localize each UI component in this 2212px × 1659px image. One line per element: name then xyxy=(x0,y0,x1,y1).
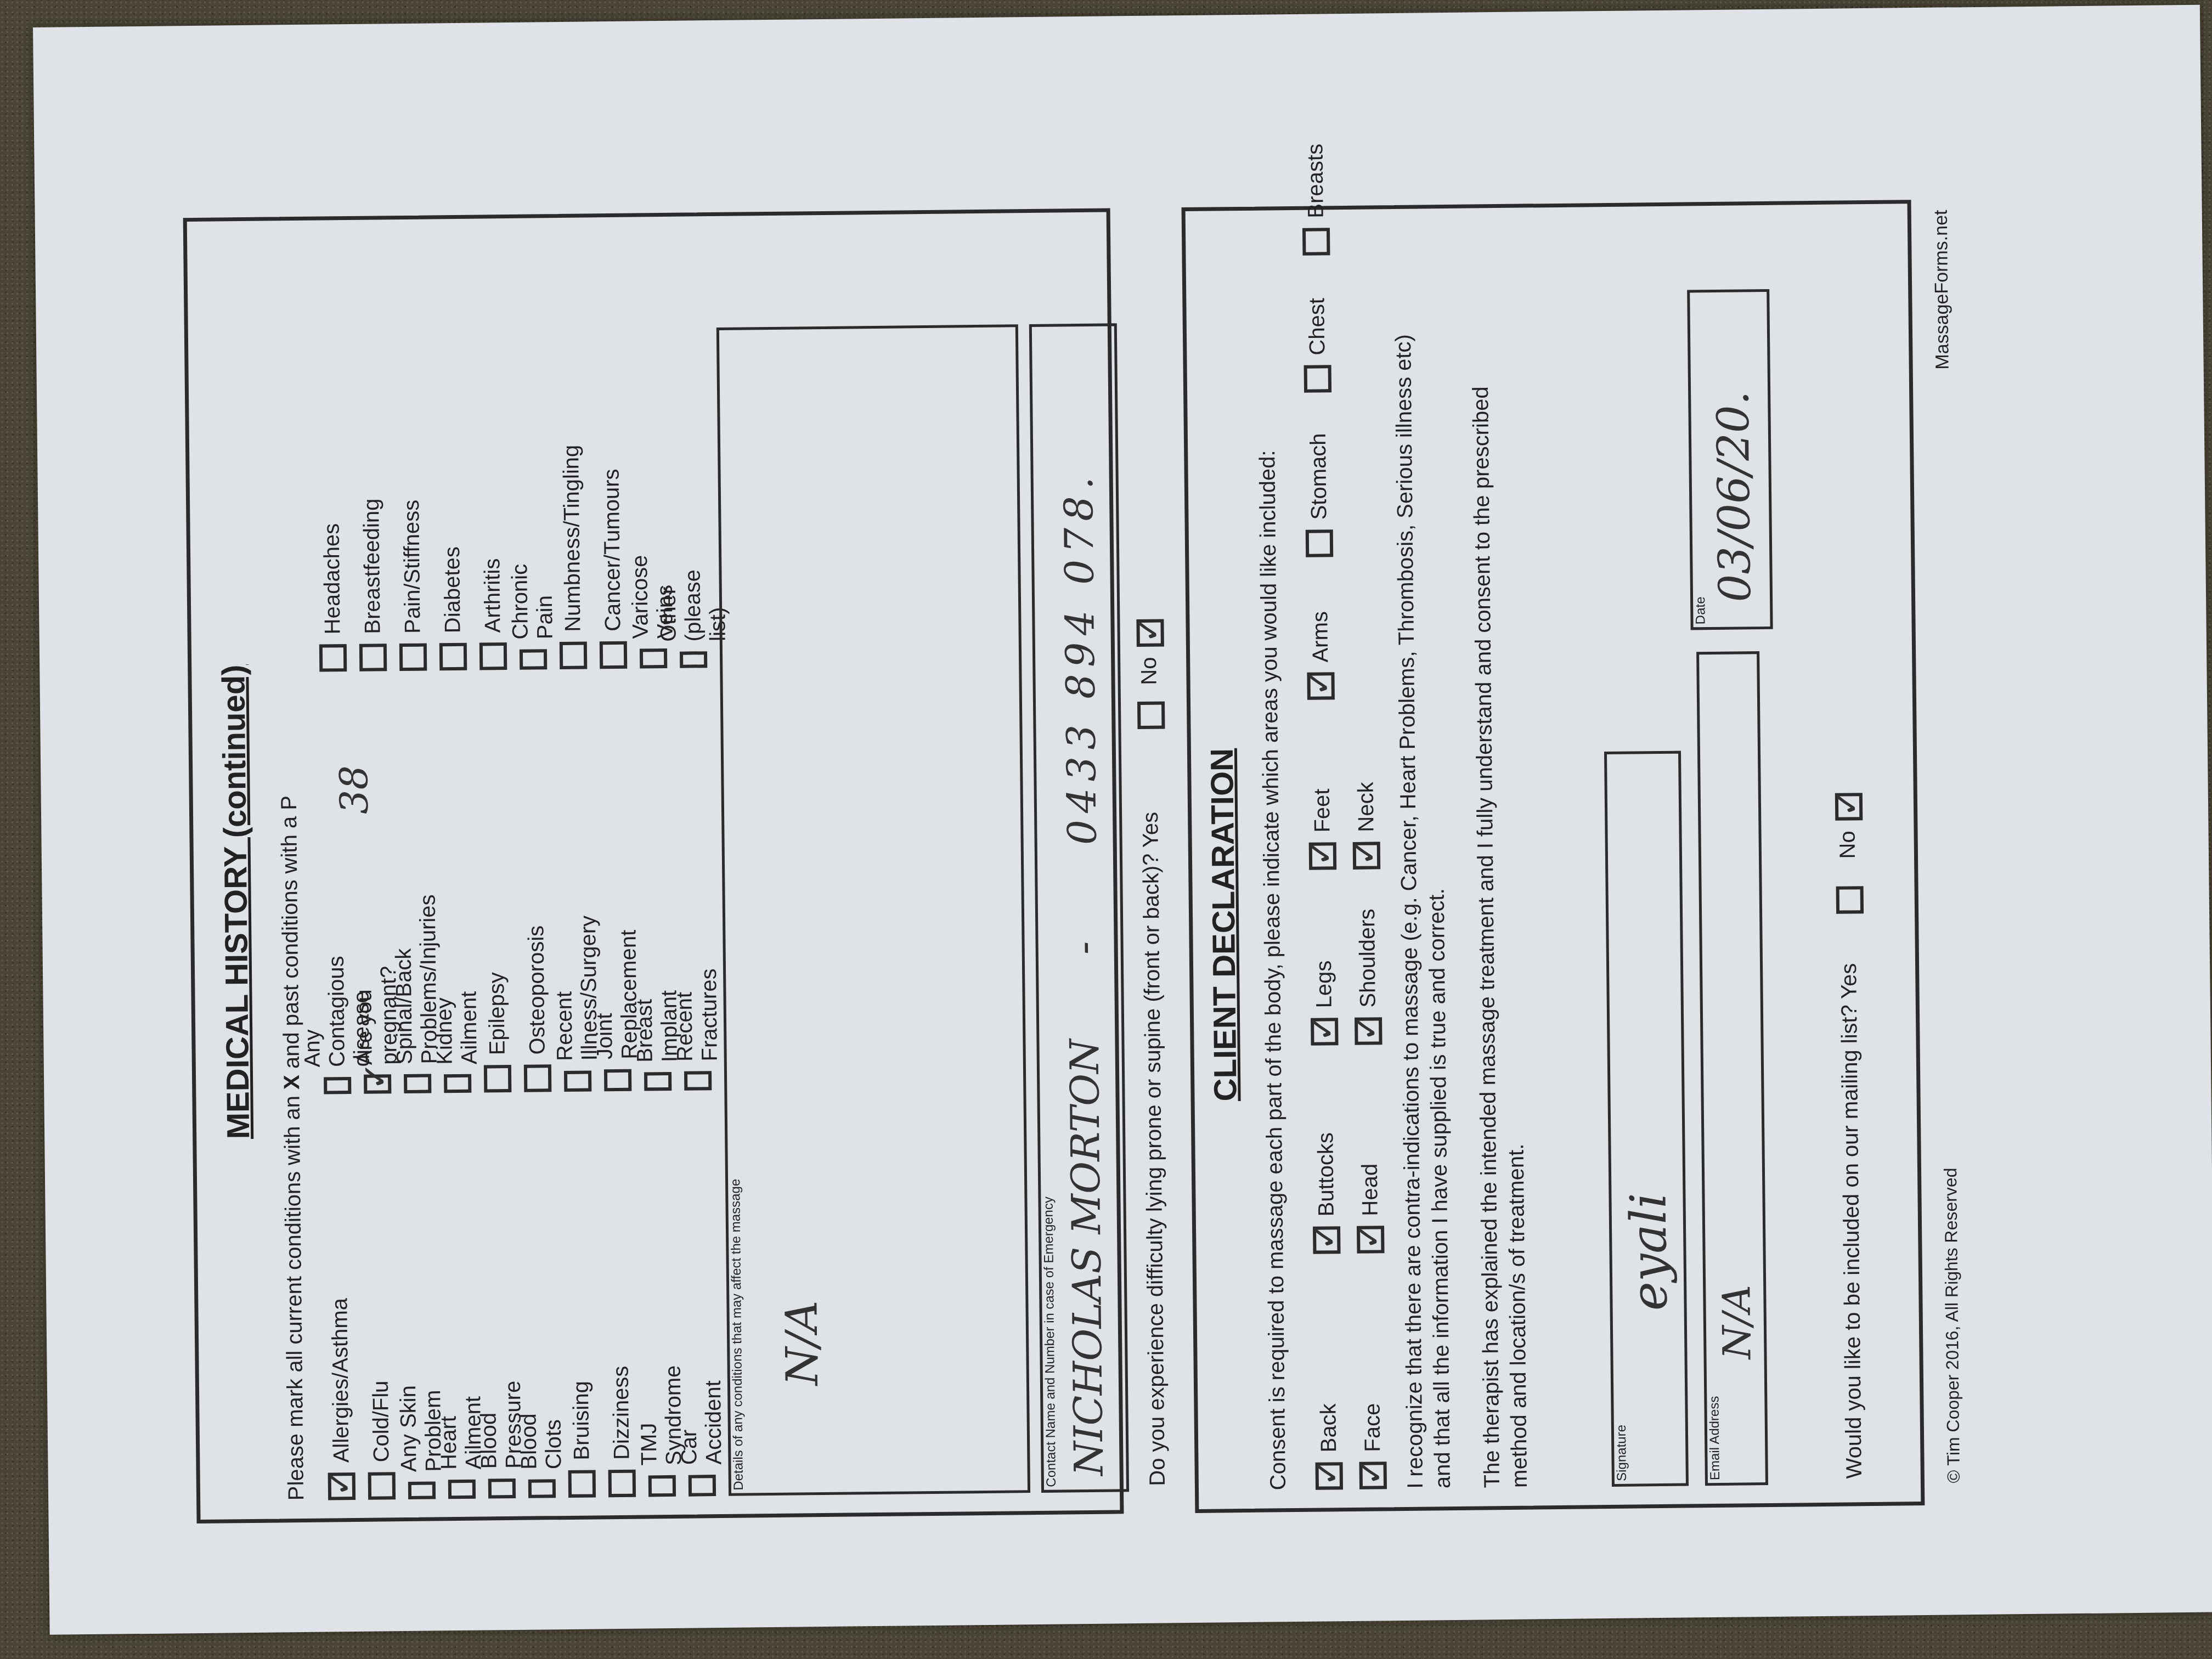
condition-label: Numbness/Tingling xyxy=(559,445,586,632)
body-area-label: Head xyxy=(1357,1164,1383,1216)
body-area-label: Neck xyxy=(1353,782,1379,832)
condition-checkbox[interactable] xyxy=(368,1472,396,1500)
condition-item[interactable]: TMJ Syndrome xyxy=(641,1359,681,1497)
body-area-checkbox[interactable] xyxy=(1307,672,1335,700)
body-area-checkbox[interactable] xyxy=(1359,1462,1387,1489)
signature-value: eyali xyxy=(1620,1192,1678,1311)
condition-checkbox[interactable] xyxy=(604,1069,631,1092)
condition-item[interactable]: Pain/Stiffness xyxy=(392,500,432,672)
body-area-label: Shoulders xyxy=(1355,909,1380,1008)
email-field[interactable] xyxy=(1696,651,1768,1486)
condition-item[interactable]: Recent Illness/Surgery xyxy=(557,909,597,1092)
body-area-label: Face xyxy=(1360,1403,1385,1452)
condition-label: Car Accident xyxy=(676,1374,727,1465)
medical-history-title: MEDICAL HISTORY (continued) xyxy=(215,664,257,1139)
prone-no-label: No xyxy=(1137,657,1162,685)
condition-label: Arthritis xyxy=(480,558,505,633)
condition-item[interactable]: Recent Fractures xyxy=(678,960,717,1091)
body-area-label: Legs xyxy=(1311,960,1336,1008)
condition-item[interactable]: Cold/Flu xyxy=(362,1380,401,1500)
condition-checkbox[interactable] xyxy=(359,644,387,672)
body-area-checkbox[interactable] xyxy=(1353,842,1381,870)
condition-label: Cold/Flu xyxy=(368,1380,394,1462)
body-area-item[interactable]: Stomach xyxy=(1299,433,1339,557)
body-area-checkbox[interactable] xyxy=(1304,365,1332,393)
mailing-no-checkbox[interactable] xyxy=(1835,793,1863,821)
paper-form: MEDICAL HISTORY (continued) Please mark … xyxy=(33,5,2212,1635)
site-name: MassageForms.net xyxy=(1931,210,1954,369)
condition-label: Bruising xyxy=(568,1381,594,1460)
body-area-checkbox[interactable] xyxy=(1309,842,1337,870)
condition-item[interactable]: Spinal/Back Problems/Injuries xyxy=(396,886,437,1093)
condition-checkbox[interactable] xyxy=(448,1479,476,1499)
body-area-checkbox[interactable] xyxy=(1316,1462,1344,1490)
details-label: Details of any conditions that may affec… xyxy=(728,1179,747,1491)
emergency-contact-number: 0433 894 078. xyxy=(1056,470,1105,845)
body-area-checkbox[interactable] xyxy=(1311,1018,1339,1046)
condition-checkbox[interactable] xyxy=(324,1077,351,1094)
signature-field[interactable] xyxy=(1604,751,1689,1487)
prone-yes-checkbox[interactable] xyxy=(1137,701,1165,729)
body-area-item[interactable]: Legs xyxy=(1305,960,1344,1045)
condition-checkbox[interactable] xyxy=(439,643,467,671)
mailing-no-label: No xyxy=(1836,831,1861,859)
condition-checkbox[interactable] xyxy=(488,1479,516,1499)
condition-checkbox[interactable] xyxy=(648,1475,676,1497)
condition-item[interactable]: Dizziness xyxy=(602,1365,642,1497)
body-area-label: Chest xyxy=(1305,298,1330,356)
body-area-item[interactable]: Arms xyxy=(1301,611,1340,700)
pregnancy-weeks-note: 38 xyxy=(331,765,377,814)
condition-checkbox[interactable] xyxy=(444,1074,471,1093)
condition-checkbox[interactable] xyxy=(640,648,667,669)
client-declaration-title: CLIENT DECLARATION xyxy=(1204,748,1244,1102)
emergency-contact-label: Contact Name and Number in case of Emerg… xyxy=(1041,1197,1059,1487)
condition-label: Chronic Pain xyxy=(507,556,558,640)
emergency-contact-separator: - xyxy=(1060,941,1107,955)
body-area-label: Buttocks xyxy=(1313,1132,1339,1217)
condition-label: Dizziness xyxy=(608,1366,634,1460)
date-label: Date xyxy=(1693,596,1709,624)
condition-item[interactable]: Arthritis xyxy=(473,558,512,670)
condition-item[interactable]: Kidney Ailment xyxy=(437,982,477,1093)
condition-item[interactable]: Headaches xyxy=(312,523,352,672)
condition-label: Kidney Ailment xyxy=(432,982,482,1065)
condition-item[interactable]: Joint Replacement xyxy=(597,924,637,1091)
email-label: Email Address xyxy=(1707,1396,1723,1480)
details-field[interactable] xyxy=(716,324,1030,1496)
condition-checkbox[interactable] xyxy=(560,641,588,669)
mailing-yes-checkbox[interactable] xyxy=(1836,886,1864,914)
body-area-checkbox[interactable] xyxy=(1355,1017,1383,1045)
body-area-checkbox[interactable] xyxy=(1306,529,1334,557)
body-area-checkbox[interactable] xyxy=(1302,228,1330,256)
body-area-item[interactable]: Shoulders xyxy=(1348,909,1388,1045)
condition-item[interactable]: Are you pregnant? xyxy=(357,957,397,1094)
body-area-item[interactable]: Neck xyxy=(1347,782,1386,870)
condition-checkbox[interactable] xyxy=(608,1470,636,1498)
condition-label: Osteoporosis xyxy=(524,926,550,1055)
form-content: MEDICAL HISTORY (continued) Please mark … xyxy=(161,177,2013,1556)
date-value: 03/06/20. xyxy=(1707,391,1760,602)
condition-checkbox[interactable] xyxy=(520,649,547,670)
condition-item[interactable]: Chronic Pain xyxy=(513,556,552,670)
condition-item[interactable]: Osteoporosis xyxy=(517,925,557,1092)
condition-checkbox[interactable] xyxy=(319,644,347,672)
condition-checkbox[interactable] xyxy=(479,642,507,670)
therapist-text-line-2: method and location/s of treatment. xyxy=(1504,1144,1532,1488)
condition-checkbox[interactable] xyxy=(408,1482,436,1499)
condition-label: Breastfeeding xyxy=(359,499,386,634)
prone-no-checkbox[interactable] xyxy=(1136,619,1164,647)
condition-checkbox[interactable] xyxy=(684,1071,712,1090)
body-area-label: Arms xyxy=(1308,611,1333,663)
condition-checkbox[interactable] xyxy=(568,1470,596,1498)
condition-label: Allergies/Asthma xyxy=(328,1298,354,1463)
condition-item[interactable]: Heart Ailment xyxy=(442,1388,481,1499)
condition-item[interactable]: Other (please list) xyxy=(673,558,713,668)
condition-item[interactable]: Breast Implant xyxy=(637,981,677,1091)
condition-label: Recent Fractures xyxy=(672,960,723,1062)
body-area-item[interactable]: Back xyxy=(1309,1403,1348,1490)
condition-item[interactable]: Diabetes xyxy=(433,546,472,671)
condition-label: Headaches xyxy=(319,523,345,635)
emergency-contact-name: NICHOLAS MORTON xyxy=(1061,1039,1111,1476)
condition-checkbox[interactable] xyxy=(524,1064,552,1092)
body-area-checkbox[interactable] xyxy=(1313,1226,1341,1254)
condition-checkbox[interactable] xyxy=(680,651,707,668)
body-area-checkbox[interactable] xyxy=(1357,1226,1385,1254)
body-area-item[interactable]: Head xyxy=(1351,1164,1390,1254)
body-area-item[interactable]: Feet xyxy=(1303,788,1342,870)
prone-supine-question: Do you experience difficulty lying prone… xyxy=(1138,812,1170,1486)
condition-item[interactable]: Cancer/Tumours xyxy=(592,469,633,669)
body-area-item[interactable]: Breasts xyxy=(1296,144,1335,256)
condition-checkbox[interactable] xyxy=(364,1075,391,1094)
body-areas: BackButtocksLegsFeetArmsStomachChestBrea… xyxy=(1297,227,1398,1490)
email-value: N/A xyxy=(1714,1285,1759,1359)
body-area-item[interactable]: Chest xyxy=(1297,298,1337,393)
condition-item[interactable]: Allergies/Asthma xyxy=(320,1298,361,1500)
condition-checkbox[interactable] xyxy=(404,1074,431,1093)
condition-item[interactable]: Breastfeeding xyxy=(352,498,392,672)
condition-label: Epilepsy xyxy=(484,972,510,1056)
condition-item[interactable]: Blood Pressure xyxy=(482,1373,521,1499)
condition-checkbox[interactable] xyxy=(689,1475,716,1497)
condition-item[interactable]: Blood Clots xyxy=(522,1404,561,1498)
condition-item[interactable]: Bruising xyxy=(562,1381,601,1498)
condition-checkbox[interactable] xyxy=(484,1065,512,1093)
body-area-label: Stomach xyxy=(1306,433,1331,520)
condition-label: Pain/Stiffness xyxy=(399,500,426,634)
condition-item[interactable]: Car Accident xyxy=(682,1375,721,1497)
condition-checkbox[interactable] xyxy=(328,1472,356,1500)
condition-checkbox[interactable] xyxy=(528,1479,556,1498)
condition-item[interactable]: Any Skin Problem xyxy=(402,1380,441,1499)
condition-checkbox[interactable] xyxy=(600,641,628,669)
body-area-label: Back xyxy=(1316,1403,1341,1452)
signature-label: Signature xyxy=(1614,1425,1630,1481)
condition-checkbox[interactable] xyxy=(399,644,427,672)
condition-item[interactable]: Epilepsy xyxy=(477,972,517,1093)
body-area-label: Feet xyxy=(1310,788,1335,833)
condition-label: Blood Clots xyxy=(516,1404,566,1470)
condition-label: Diabetes xyxy=(439,546,465,633)
body-area-label: Breasts xyxy=(1303,144,1328,218)
condition-checkbox[interactable] xyxy=(644,1072,672,1091)
client-declaration-section xyxy=(1182,200,1925,1513)
details-value: N/A xyxy=(776,1300,828,1386)
condition-item[interactable]: Any Contagious disease xyxy=(317,946,357,1094)
body-area-item[interactable]: Buttocks xyxy=(1306,1132,1346,1254)
body-area-item[interactable]: Face xyxy=(1353,1403,1392,1489)
condition-label: Cancer/Tumours xyxy=(599,469,625,631)
condition-item[interactable]: Numbness/Tingling xyxy=(552,444,592,669)
condition-checkbox[interactable] xyxy=(564,1070,591,1092)
copyright-text: © Tim Cooper 2016, All Rights Reserved xyxy=(1940,1167,1964,1483)
